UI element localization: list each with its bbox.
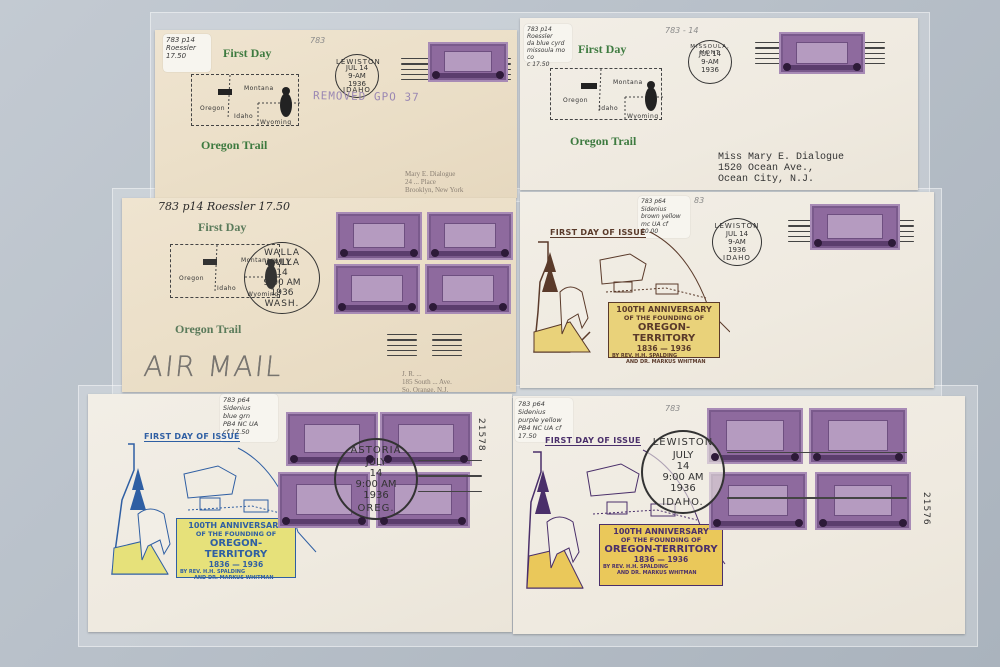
removed-gpo-stamp: REMOVED GPO 37 — [313, 89, 420, 104]
postmark-lewiston: LEWISTON JUL 14 9-AM 1936 IDAHO — [712, 218, 762, 266]
stamp-oregon-territory — [810, 204, 900, 250]
cancel-lines — [387, 334, 417, 360]
map-label-idaho: Idaho — [234, 113, 253, 120]
map-label-idaho: Idaho — [217, 285, 236, 292]
postmark-walla-walla: WALLA WALLA JULY 14 9:00 AM 1936 WASH. — [244, 242, 320, 314]
dealer-note: 783 p14 Roessler da blue cyrd missoula m… — [524, 24, 572, 62]
cover-bottom-left: 783 p64 Sidenius blue grn PB4 NC UA cf 1… — [88, 394, 512, 632]
cover-top-right: 783 p14 Roessler da blue cyrd missoula m… — [520, 18, 918, 190]
postmark-lewiston: LEWISTON JULY 14 9:00 AM 1936 IDAHO. — [641, 430, 725, 514]
postmark-astoria: ASTORIA JULY 14 9:00 AM 1936 OREG. — [334, 438, 418, 520]
anniversary-panel: 100TH ANNIVERSARY OF THE FOUNDING OF ORE… — [608, 302, 720, 358]
cancel-lines — [418, 460, 482, 496]
stamp-block-1 — [336, 212, 422, 260]
northwest-map-cachet: Montana Oregon Idaho Wyoming — [550, 68, 662, 120]
map-label-oregon: Oregon — [563, 97, 588, 104]
pencil-catalog-number: 83 — [694, 196, 704, 205]
pencil-catalog-number: 783 — [310, 36, 325, 45]
dealer-note: 783 p14 Roessler 17.50 — [158, 200, 290, 213]
map-label-oregon: Oregon — [179, 275, 204, 282]
plate-number: 21578 — [476, 418, 486, 452]
cancel-lines-2 — [432, 334, 462, 360]
cover-top-left: 783 p14 Roessler 17.50 783 First Day Mon… — [155, 30, 517, 198]
map-label-oregon: Oregon — [200, 105, 225, 112]
cover-middle-left: 783 p14 Roessler 17.50 First Day Montana… — [122, 198, 516, 392]
northwest-map-cachet: Montana Oregon Idaho Wyoming — [191, 74, 299, 126]
pencil-catalog-number: 783 — [665, 404, 680, 413]
cachet-title: First Day — [223, 46, 271, 61]
map-label-wyoming: Wyoming — [260, 119, 292, 126]
stamp-block-3 — [334, 264, 420, 314]
cachet-footer: Oregon Trail — [201, 138, 267, 153]
dealer-note: 783 p14 Roessler 17.50 — [163, 34, 211, 72]
cachet-title: First Day — [578, 42, 626, 57]
postmark-missoula: MISSOULA, MONT JUL 14 9-AM 1936 — [688, 40, 732, 84]
cachet-footer: Oregon Trail — [570, 134, 636, 149]
stamp-oregon-territory — [428, 42, 508, 82]
anniversary-cachet: FIRST DAY OF ISSUE 100TH ANNIVERSARY OF … — [530, 222, 730, 362]
map-label-idaho: Idaho — [599, 105, 618, 112]
map-label-montana: Montana — [613, 79, 643, 86]
plate-number: 21576 — [921, 492, 931, 526]
recipient-address: Miss Mary E. Dialogue 1520 Ocean Ave., O… — [718, 152, 844, 185]
stamp-block-2 — [427, 212, 513, 260]
airmail-stamp: AIR MAIL — [142, 350, 284, 383]
cover-middle-right: 783 p64 Sidenius brown yellow mc UA cf 1… — [520, 192, 934, 388]
address: J. R. ... 185 South ... Ave. So. Orange,… — [402, 370, 452, 392]
pencil-catalog-number: 783 - 14 — [665, 26, 698, 35]
stamp-oregon-territory — [779, 32, 865, 74]
cover-bottom-right: 783 p64 Sidenius purple yellow PB4 NC UA… — [513, 396, 965, 634]
stamp-block-4 — [425, 264, 511, 314]
cachet-footer: Oregon Trail — [175, 322, 241, 337]
address: Mary E. Dialogue 24 ... Place Brooklyn, … — [405, 170, 463, 194]
cachet-title: First Day — [198, 220, 246, 235]
map-label-wyoming: Wyoming — [627, 113, 659, 120]
anniversary-panel: 100TH ANNIVERSARY OF THE FOUNDING OF ORE… — [599, 524, 723, 586]
map-label-montana: Montana — [244, 85, 274, 92]
